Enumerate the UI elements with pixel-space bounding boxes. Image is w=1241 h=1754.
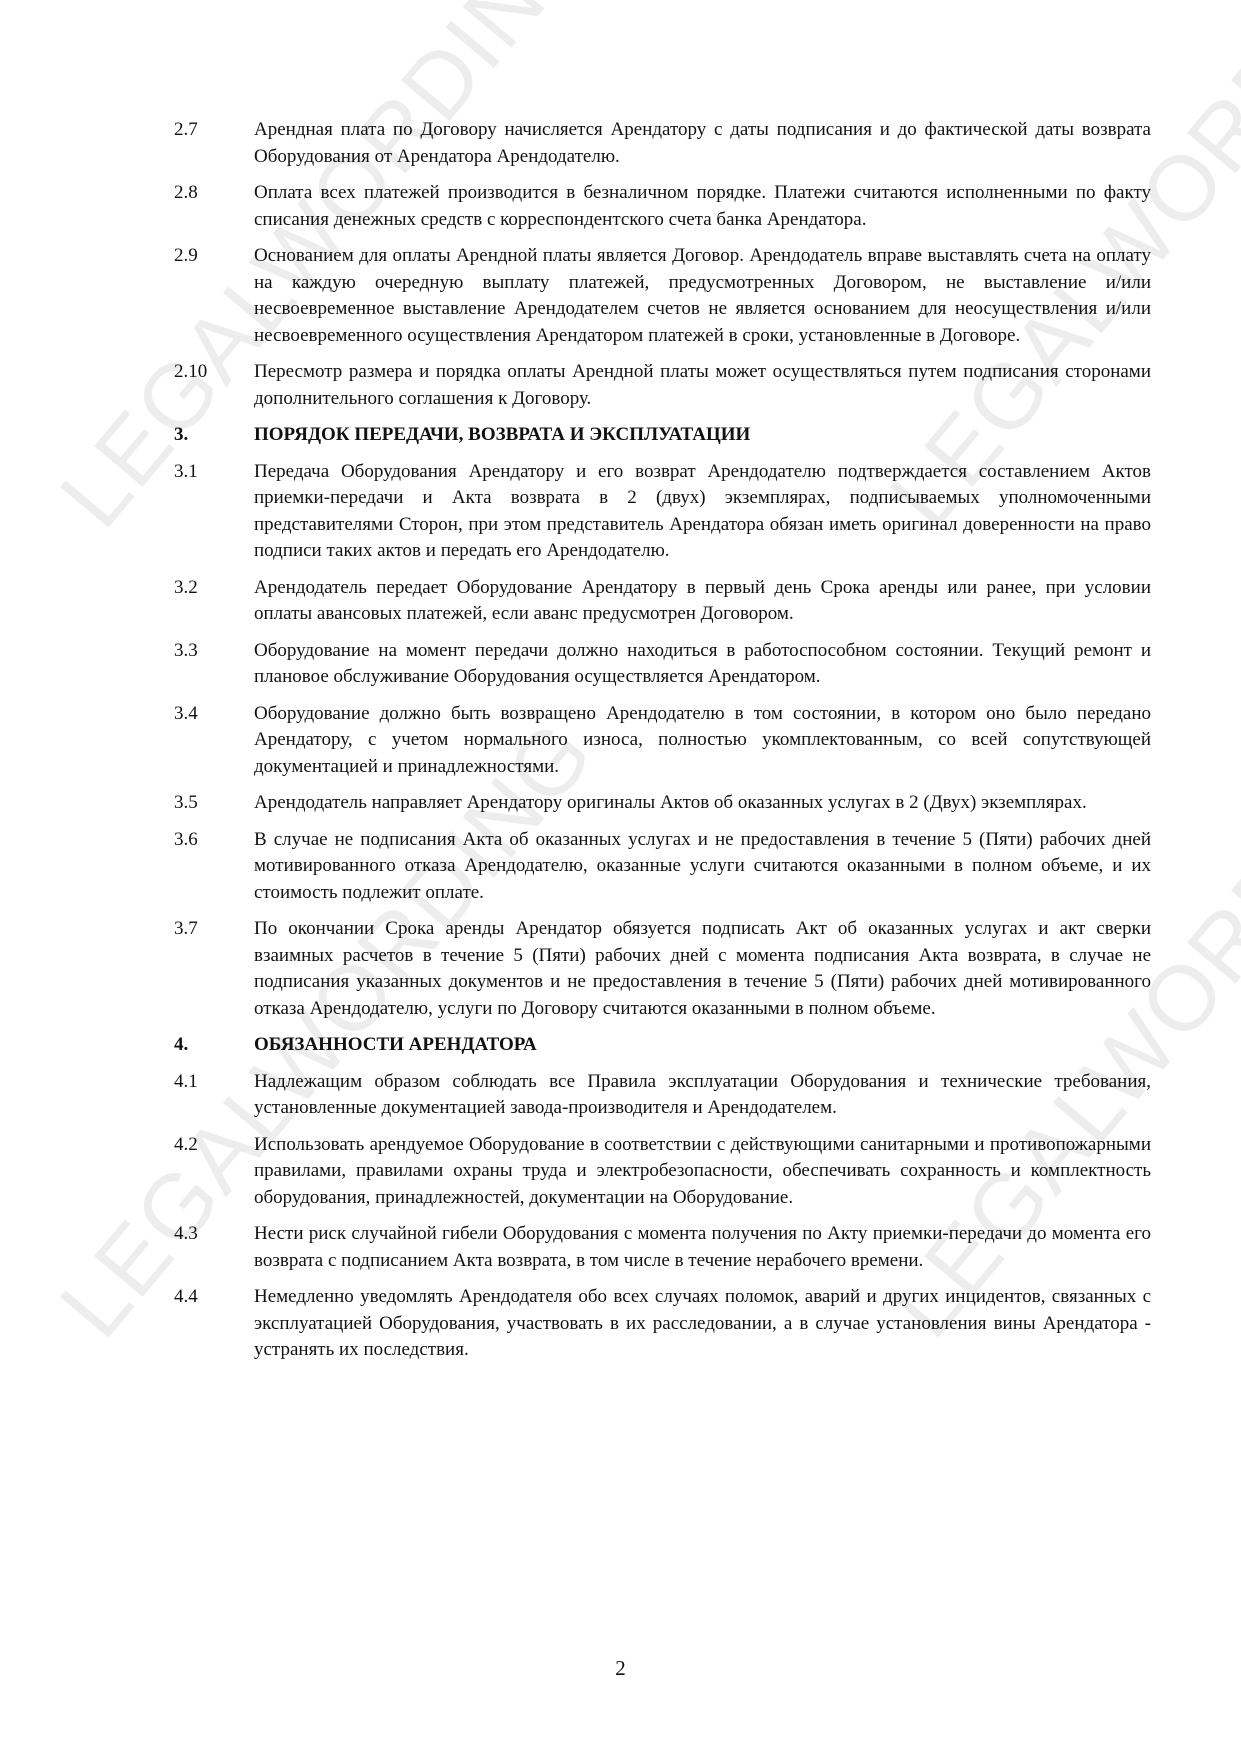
clause-number: 4.	[174, 1032, 254, 1059]
clause-item: 2.9Основанием для оплаты Арендной платы …	[174, 243, 1151, 349]
clause-text: В случае не подписания Акта об оказанных…	[254, 827, 1151, 907]
clause-number: 3.	[174, 422, 254, 449]
clause-item: 3.6В случае не подписания Акта об оказан…	[174, 827, 1151, 907]
clause-text: Нести риск случайной гибели Оборудования…	[254, 1221, 1151, 1274]
document-body: 2.7Арендная плата по Договору начисляетс…	[174, 117, 1151, 1374]
clause-text: Арендная плата по Договору начисляется А…	[254, 117, 1151, 170]
clause-number: 4.3	[174, 1221, 254, 1274]
clause-number: 2.9	[174, 243, 254, 349]
clause-number: 3.5	[174, 790, 254, 817]
clause-text: Использовать арендуемое Оборудование в с…	[254, 1132, 1151, 1212]
section-heading: 4.ОБЯЗАННОСТИ АРЕНДАТОРА	[174, 1032, 1151, 1059]
clause-item: 4.3Нести риск случайной гибели Оборудова…	[174, 1221, 1151, 1274]
heading-text: ОБЯЗАННОСТИ АРЕНДАТОРА	[254, 1032, 1151, 1059]
clause-item: 4.4Немедленно уведомлять Арендодателя об…	[174, 1284, 1151, 1364]
clause-item: 4.1Надлежащим образом соблюдать все Прав…	[174, 1069, 1151, 1122]
clause-item: 2.10Пересмотр размера и порядка оплаты А…	[174, 359, 1151, 412]
clause-number: 4.1	[174, 1069, 254, 1122]
clause-item: 3.7По окончании Срока аренды Арендатор о…	[174, 916, 1151, 1022]
clause-item: 3.5Арендодатель направляет Арендатору ор…	[174, 790, 1151, 817]
section-heading: 3.ПОРЯДОК ПЕРЕДАЧИ, ВОЗВРАТА И ЭКСПЛУАТА…	[174, 422, 1151, 449]
clause-number: 3.4	[174, 701, 254, 781]
clause-number: 3.2	[174, 575, 254, 628]
heading-text: ПОРЯДОК ПЕРЕДАЧИ, ВОЗВРАТА И ЭКСПЛУАТАЦИ…	[254, 422, 1151, 449]
clause-number: 2.7	[174, 117, 254, 170]
clause-item: 3.2Арендодатель передает Оборудование Ар…	[174, 575, 1151, 628]
clause-item: 2.8Оплата всех платежей производится в б…	[174, 180, 1151, 233]
clause-text: Передача Оборудования Арендатору и его в…	[254, 459, 1151, 565]
clause-text: Арендодатель передает Оборудование Аренд…	[254, 575, 1151, 628]
clause-number: 2.8	[174, 180, 254, 233]
clause-number: 4.4	[174, 1284, 254, 1364]
page-number: 2	[0, 1656, 1241, 1681]
clause-text: Арендодатель направляет Арендатору ориги…	[254, 790, 1151, 817]
clause-text: По окончании Срока аренды Арендатор обяз…	[254, 916, 1151, 1022]
clause-text: Оплата всех платежей производится в безн…	[254, 180, 1151, 233]
clause-item: 3.4Оборудование должно быть возвращено А…	[174, 701, 1151, 781]
clause-text: Оборудование на момент передачи должно н…	[254, 638, 1151, 691]
clause-text: Немедленно уведомлять Арендодателя обо в…	[254, 1284, 1151, 1364]
clause-number: 3.7	[174, 916, 254, 1022]
clause-item: 2.7Арендная плата по Договору начисляетс…	[174, 117, 1151, 170]
clause-text: Основанием для оплаты Арендной платы явл…	[254, 243, 1151, 349]
clause-text: Пересмотр размера и порядка оплаты Аренд…	[254, 359, 1151, 412]
clause-item: 3.1Передача Оборудования Арендатору и ег…	[174, 459, 1151, 565]
clause-item: 4.2Использовать арендуемое Оборудование …	[174, 1132, 1151, 1212]
clause-number: 3.6	[174, 827, 254, 907]
clause-number: 3.1	[174, 459, 254, 565]
clause-text: Надлежащим образом соблюдать все Правила…	[254, 1069, 1151, 1122]
clause-item: 3.3Оборудование на момент передачи должн…	[174, 638, 1151, 691]
clause-number: 3.3	[174, 638, 254, 691]
clause-number: 4.2	[174, 1132, 254, 1212]
clause-number: 2.10	[174, 359, 254, 412]
clause-text: Оборудование должно быть возвращено Арен…	[254, 701, 1151, 781]
